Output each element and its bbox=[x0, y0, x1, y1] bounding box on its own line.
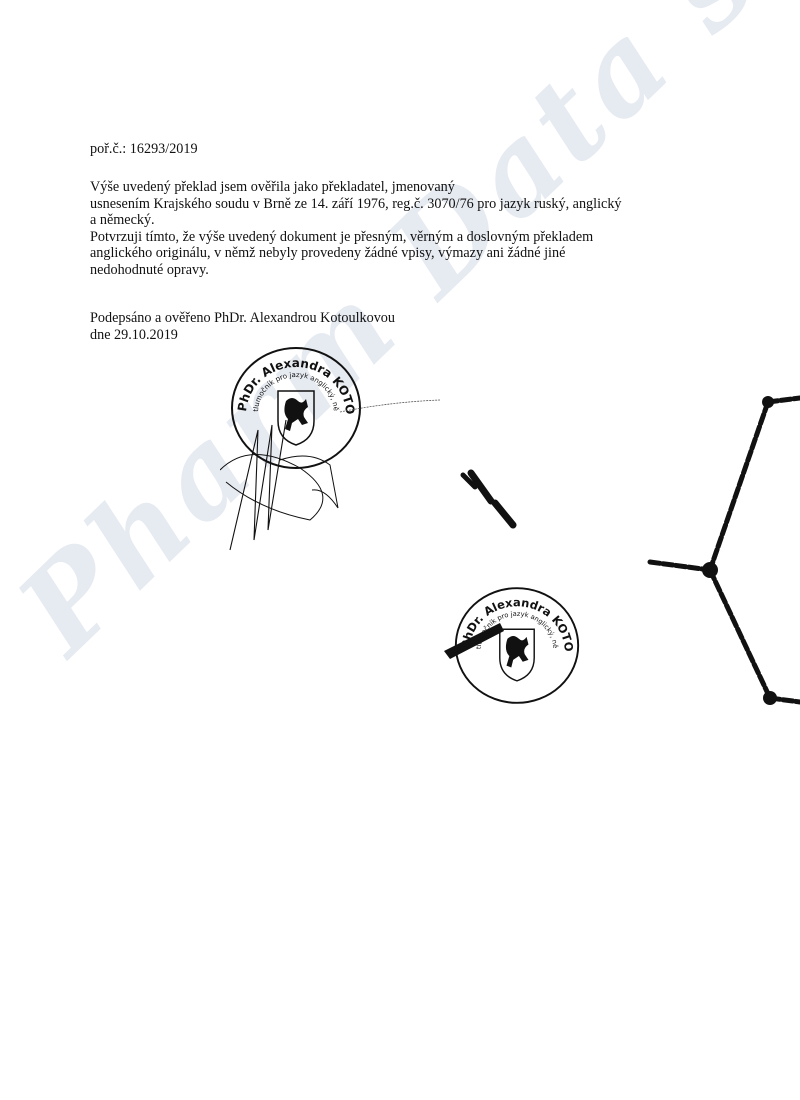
binding-cord-fragment bbox=[455, 465, 525, 535]
cord-seal-mark bbox=[440, 615, 510, 660]
certification-line: a německý. bbox=[90, 212, 730, 229]
document-page: Pharm Data s. r. o. poř.č.: 16293/2019 V… bbox=[0, 0, 800, 1100]
certification-line: Výše uvedený překlad jsem ověřila jako p… bbox=[90, 179, 730, 196]
reference-number: poř.č.: 16293/2019 bbox=[90, 141, 198, 158]
signed-by-text: Podepsáno a ověřeno PhDr. Alexandrou Kot… bbox=[90, 310, 395, 327]
certification-line: nedohodnuté opravy. bbox=[90, 262, 730, 279]
certification-paragraph: Výše uvedený překlad jsem ověřila jako p… bbox=[90, 179, 730, 278]
signature-statement: Podepsáno a ověřeno PhDr. Alexandrou Kot… bbox=[90, 310, 395, 343]
certification-line: Potvrzuji tímto, že výše uvedený dokumen… bbox=[90, 229, 730, 246]
certification-line: usnesením Krajského soudu v Brně ze 14. … bbox=[90, 196, 730, 213]
signature-date: dne 29.10.2019 bbox=[90, 327, 395, 344]
binding-cord bbox=[640, 380, 800, 720]
certification-line: anglického originálu, v němž nebyly prov… bbox=[90, 245, 730, 262]
handwritten-signature bbox=[220, 390, 450, 560]
